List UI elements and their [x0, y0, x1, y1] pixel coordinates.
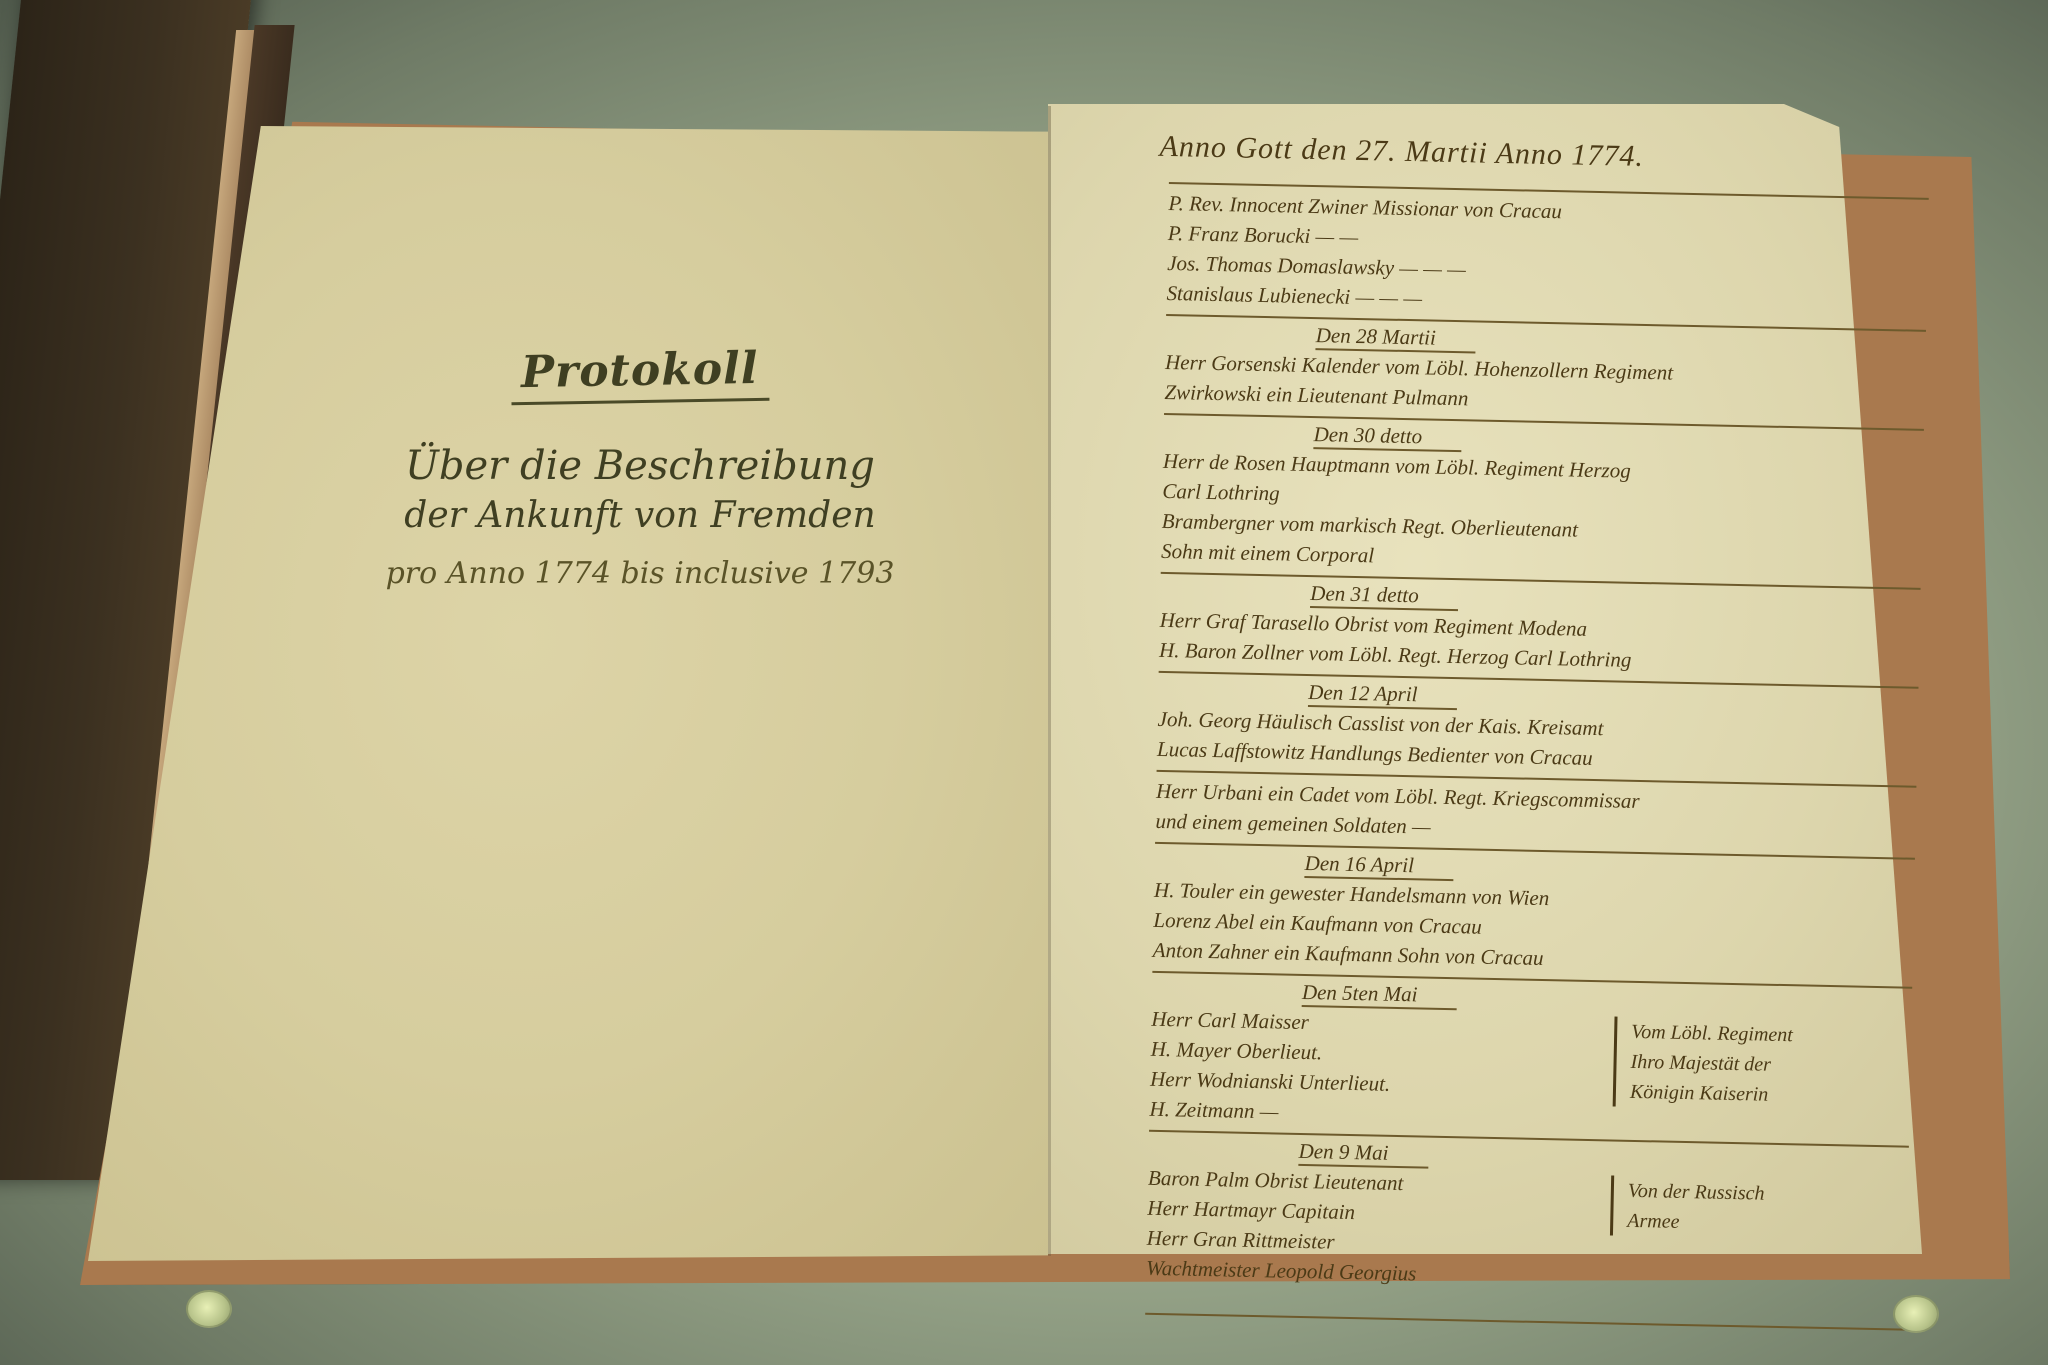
note-line: Armee — [1627, 1206, 1848, 1241]
title-line-2: der Ankunft von Fremden — [290, 495, 990, 536]
ledger-entry: P. Rev. Innocent Zwiner Missionar von Cr… — [1166, 182, 1929, 330]
entry-date: Den 9 Mai — [1298, 1139, 1428, 1169]
entry-date: Den 5ten Mai — [1302, 980, 1458, 1010]
entry-date: Den 16 April — [1304, 851, 1454, 881]
note-line: Königin Kaiserin — [1630, 1077, 1851, 1112]
note-line: Von der Russisch — [1628, 1176, 1849, 1211]
book-spine — [1048, 106, 1051, 1256]
title-years: pro Anno 1774 bis inclusive 1793 — [290, 556, 990, 591]
entry-date: Den 30 detto — [1313, 422, 1462, 452]
brace-note: Von der Russisch Armee — [1610, 1175, 1848, 1240]
ledger: Anno Gott den 27. Martii Anno 1774. P. R… — [1145, 130, 1930, 1331]
brace-note: Vom Löbl. Regiment Ihro Majestät der Kön… — [1613, 1017, 1852, 1112]
note-line: Vom Löbl. Regiment — [1631, 1017, 1852, 1052]
ledger-entry: Den 5ten Mai Vom Löbl. Regiment Ihro Maj… — [1149, 971, 1912, 1146]
title-block: Protokoll Über die Beschreibung der Anku… — [290, 345, 990, 591]
entry-date: Den 12 April — [1308, 680, 1458, 710]
ledger-entry: Den 28 Martii Herr Gorsenski Kalender vo… — [1164, 314, 1926, 429]
ledger-entry: Den 30 detto Herr de Rosen Hauptmann vom… — [1161, 413, 1924, 588]
entry-date: Den 28 Martii — [1315, 323, 1476, 353]
note-line: Ihro Majestät der — [1630, 1047, 1851, 1082]
ledger-entry: Den 12 April Joh. Georg Häulisch Casslis… — [1157, 671, 1919, 786]
left-page — [88, 126, 1048, 1261]
page-title: Protokoll — [511, 343, 770, 405]
display-clip-left — [186, 1290, 232, 1328]
display-clip-right — [1893, 1295, 1939, 1333]
ledger-entry: Den 16 April H. Touler ein gewester Hand… — [1152, 842, 1915, 987]
entry-date: Den 31 detto — [1310, 581, 1459, 611]
ledger-entry: Den 9 Mai Von der Russisch Armee Baron P… — [1145, 1130, 1909, 1331]
title-line-1: Über die Beschreibung — [290, 443, 990, 489]
ledger-entry: Den 31 detto Herr Graf Tarasello Obrist … — [1159, 572, 1921, 687]
